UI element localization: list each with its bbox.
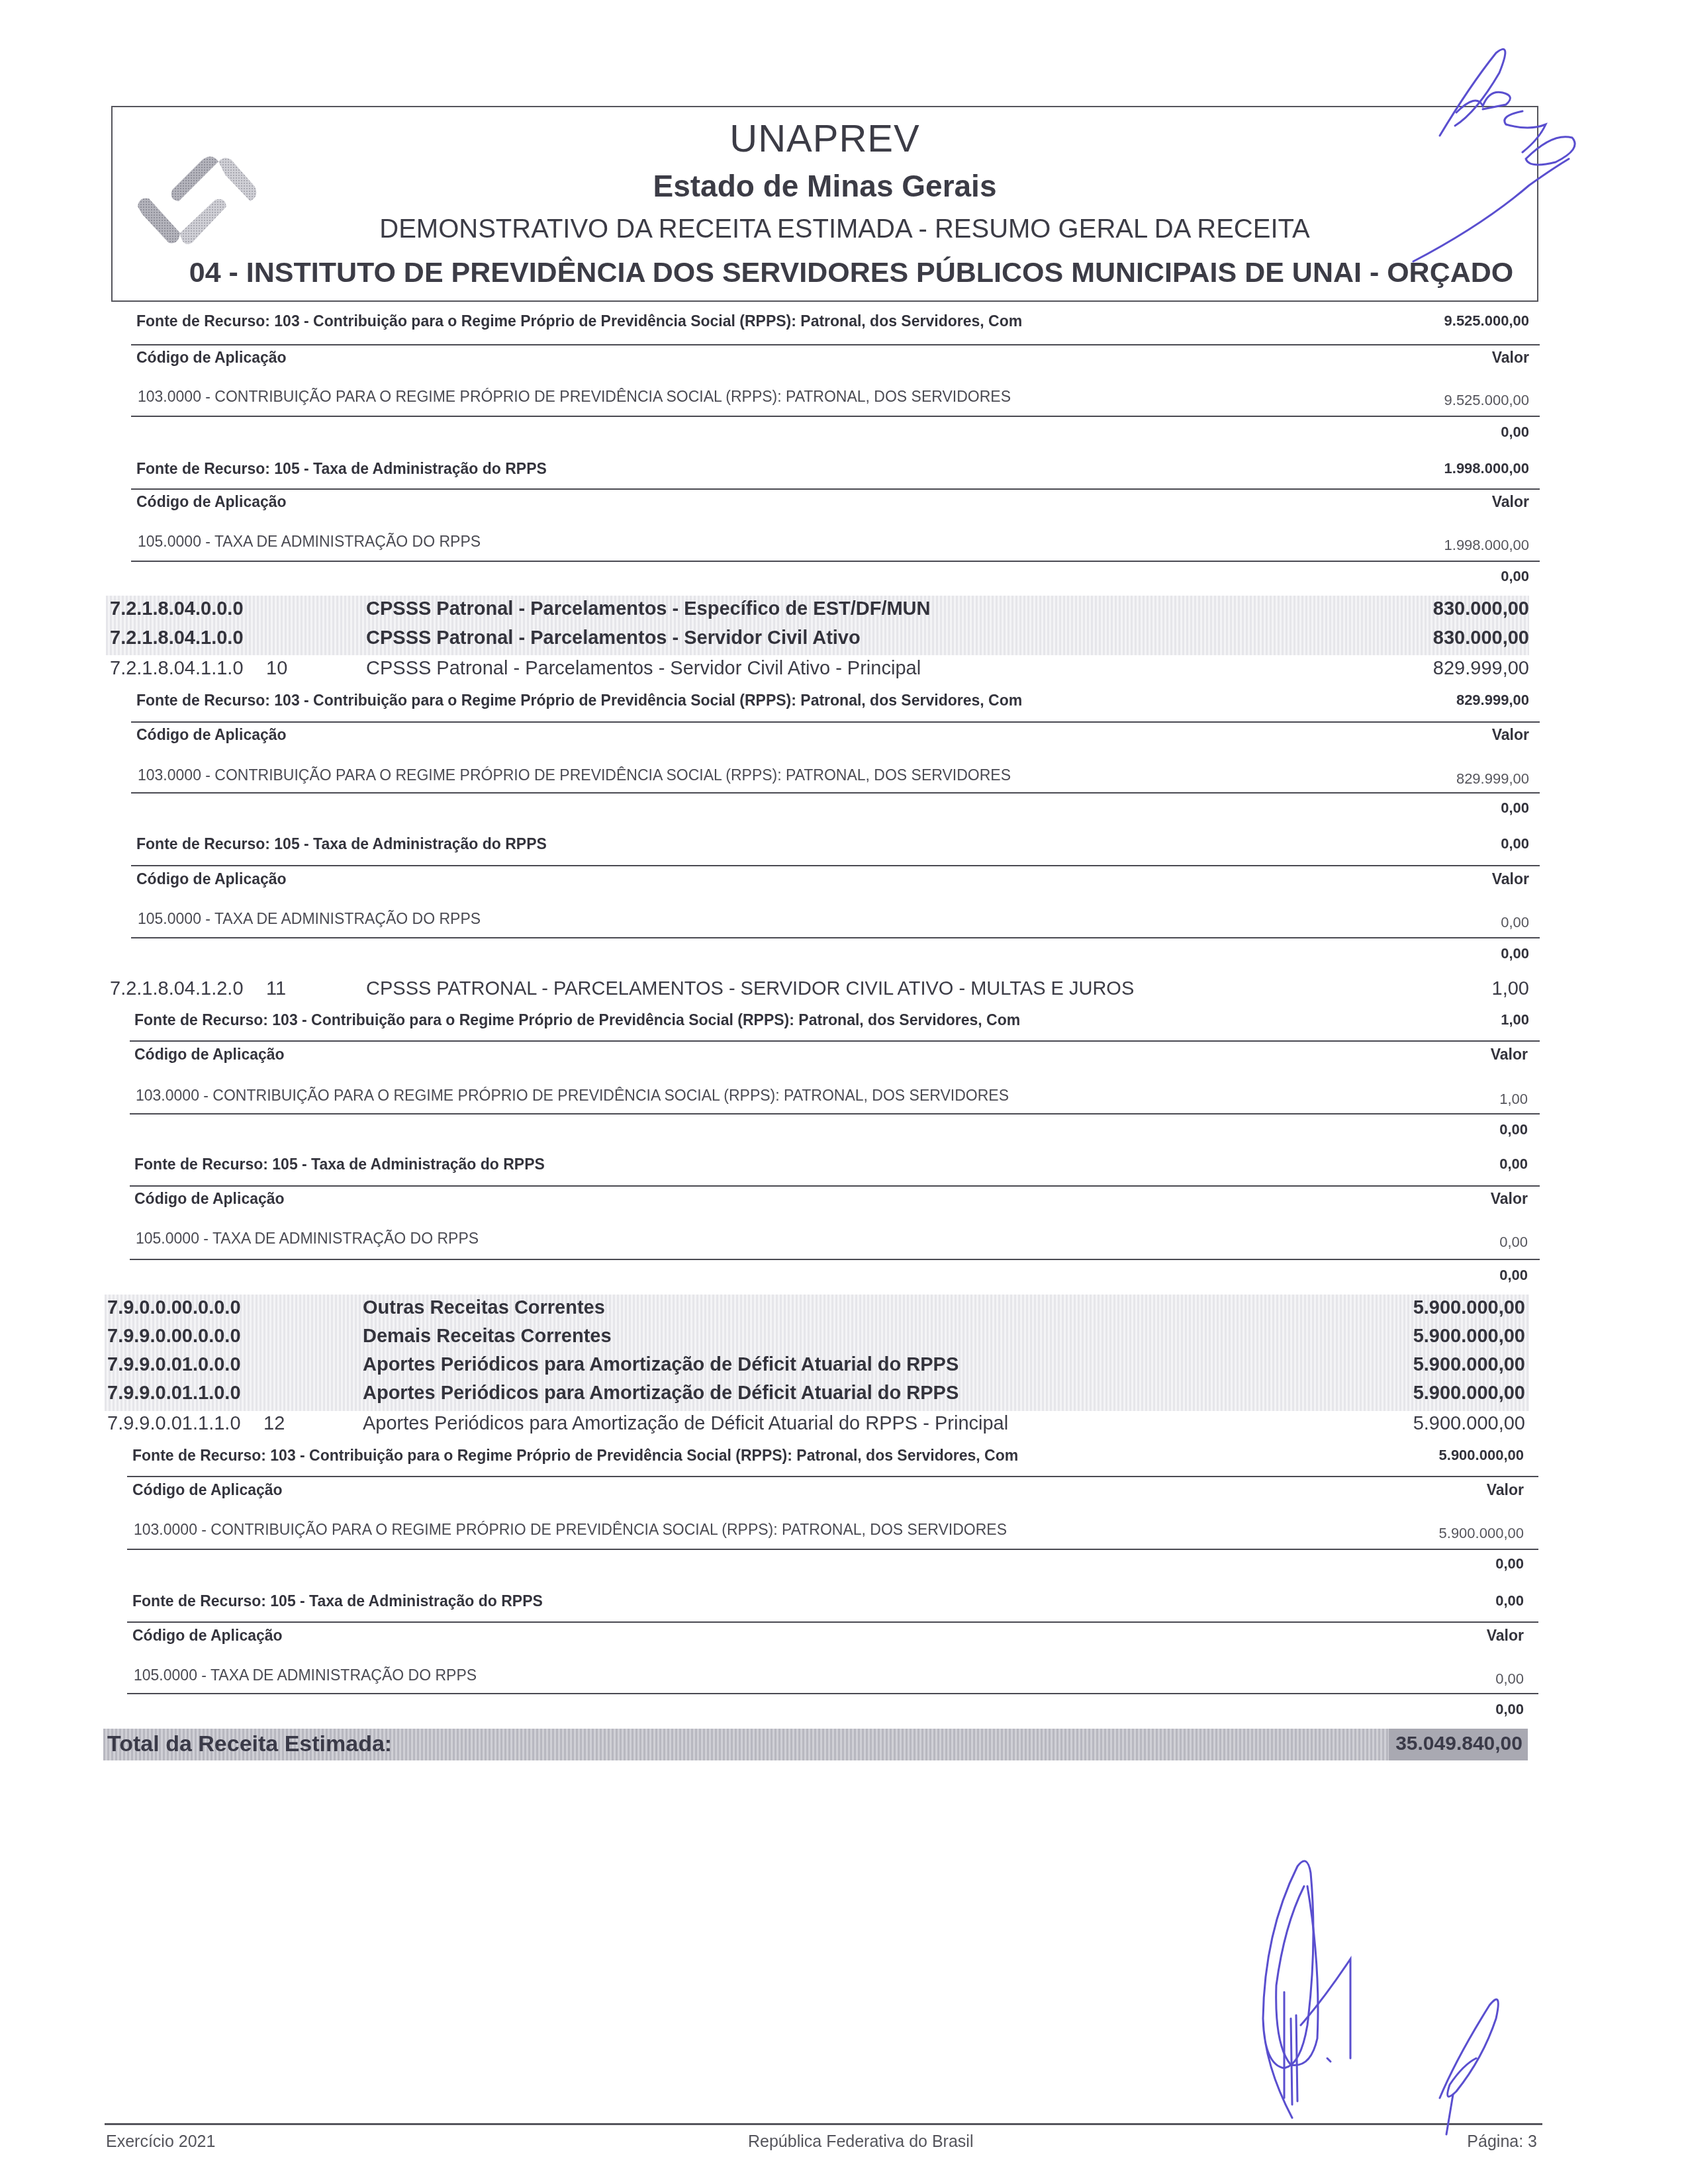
report-title: DEMONSTRATIVO DA RECEITA ESTIMADA - RESU… xyxy=(152,214,1537,244)
divider xyxy=(131,561,1540,562)
saldo-value: 0,00 xyxy=(1499,1121,1528,1138)
fonte-label: Fonte de Recurso: 103 - Contribuição par… xyxy=(134,1011,1020,1029)
divider xyxy=(127,1693,1538,1694)
valor-header-label: Valor xyxy=(1492,493,1529,511)
account-seq: 10 xyxy=(266,658,287,680)
account-description: CPSSS Patronal - Parcelamentos - Servido… xyxy=(366,658,921,680)
total-value-box: 35.049.840,00 xyxy=(1389,1729,1528,1760)
footer-center: República Federativa do Brasil xyxy=(748,2132,973,2152)
codigo-value: 9.525.000,00 xyxy=(1444,392,1529,409)
valor-header-label: Valor xyxy=(1487,1481,1524,1499)
fonte-label: Fonte de Recurso: 105 - Taxa de Administ… xyxy=(134,1156,545,1173)
codigo-value: 0,00 xyxy=(1499,1234,1528,1251)
codigo-label: 103.0000 - CONTRIBUIÇÃO PARA O REGIME PR… xyxy=(138,766,1011,784)
codigo-label: 103.0000 - CONTRIBUIÇÃO PARA O REGIME PR… xyxy=(136,1087,1009,1105)
divider xyxy=(131,344,1540,345)
saldo-value: 0,00 xyxy=(1495,1555,1524,1572)
codigo-label: 105.0000 - TAXA DE ADMINISTRAÇÃO DO RPPS xyxy=(134,1666,477,1684)
codigo-value: 0,00 xyxy=(1495,1670,1524,1688)
valor-header-label: Valor xyxy=(1487,1627,1524,1645)
account-description: Aportes Periódicos para Amortização de D… xyxy=(363,1354,959,1376)
saldo-value: 0,00 xyxy=(1501,945,1529,962)
account-description: Aportes Periódicos para Amortização de D… xyxy=(363,1383,959,1404)
account-code: 7.9.0.0.00.0.0.0 xyxy=(107,1297,241,1319)
divider xyxy=(131,937,1540,938)
divider xyxy=(127,1476,1538,1477)
codigo-value: 1,00 xyxy=(1499,1091,1528,1108)
saldo-value: 0,00 xyxy=(1501,424,1529,441)
fonte-value: 0,00 xyxy=(1499,1156,1528,1173)
account-code: 7.9.9.0.01.1.0.0 xyxy=(107,1383,241,1404)
state-title: Estado de Minas Gerais xyxy=(113,168,1537,204)
divider xyxy=(130,1259,1540,1260)
account-code: 7.2.1.8.04.1.1.0 xyxy=(110,658,244,680)
codigo-value: 0,00 xyxy=(1501,914,1529,931)
fonte-value: 1,00 xyxy=(1501,1011,1529,1028)
total-label: Total da Receita Estimada: xyxy=(107,1731,392,1757)
codigo-header-label: Código de Aplicação xyxy=(132,1481,283,1499)
fonte-value: 0,00 xyxy=(1495,1592,1524,1610)
footer-page-number: Página: 3 xyxy=(1467,2132,1537,2152)
fonte-label: Fonte de Recurso: 105 - Taxa de Administ… xyxy=(136,835,547,853)
codigo-header-label: Código de Aplicação xyxy=(134,1046,285,1064)
account-code: 7.2.1.8.04.1.2.0 xyxy=(110,978,244,1000)
fonte-value: 5.900.000,00 xyxy=(1439,1447,1524,1464)
codigo-label: 105.0000 - TAXA DE ADMINISTRAÇÃO DO RPPS xyxy=(138,533,481,551)
valor-header-label: Valor xyxy=(1492,870,1529,888)
codigo-header-label: Código de Aplicação xyxy=(132,1627,283,1645)
signature-bottom-icon xyxy=(1244,1846,1417,2131)
valor-header-label: Valor xyxy=(1491,1190,1528,1208)
account-value: 830.000,00 xyxy=(1433,627,1529,649)
account-code: 7.9.9.0.01.1.1.0 xyxy=(107,1413,241,1435)
report-page: UNAPREV Estado de Minas Gerais DEMONSTRA… xyxy=(0,0,1688,2184)
codigo-label: 105.0000 - TAXA DE ADMINISTRAÇÃO DO RPPS xyxy=(138,910,481,928)
divider xyxy=(130,1113,1540,1115)
divider xyxy=(131,416,1540,417)
saldo-value: 0,00 xyxy=(1501,568,1529,585)
divider xyxy=(131,865,1540,866)
divider xyxy=(127,1549,1538,1550)
divider xyxy=(131,488,1540,490)
codigo-value: 1.998.000,00 xyxy=(1444,537,1529,554)
account-description: CPSSS PATRONAL - PARCELAMENTOS - SERVIDO… xyxy=(366,978,1134,1000)
entity-title: 04 - INSTITUTO DE PREVIDÊNCIA DOS SERVID… xyxy=(165,257,1537,289)
account-description: CPSSS Patronal - Parcelamentos - Servido… xyxy=(366,627,861,649)
valor-header-label: Valor xyxy=(1491,1046,1528,1064)
account-value: 829.999,00 xyxy=(1433,658,1529,680)
footer-exercicio: Exercício 2021 xyxy=(106,2132,215,2152)
account-value: 5.900.000,00 xyxy=(1413,1297,1525,1319)
fonte-label: Fonte de Recurso: 105 - Taxa de Administ… xyxy=(136,460,547,478)
divider xyxy=(131,721,1540,723)
account-value: 830.000,00 xyxy=(1433,598,1529,620)
account-code: 7.9.9.0.00.0.0.0 xyxy=(107,1326,241,1347)
report-header: UNAPREV Estado de Minas Gerais DEMONSTRA… xyxy=(111,106,1538,302)
fonte-value: 0,00 xyxy=(1501,835,1529,852)
divider xyxy=(127,1621,1538,1623)
org-title: UNAPREV xyxy=(113,116,1537,161)
fonte-value: 1.998.000,00 xyxy=(1444,460,1529,477)
initials-bottom-right-icon xyxy=(1430,1979,1509,2138)
account-value: 5.900.000,00 xyxy=(1413,1383,1525,1404)
saldo-value: 0,00 xyxy=(1495,1701,1524,1718)
divider xyxy=(130,1040,1540,1042)
fonte-value: 9.525.000,00 xyxy=(1444,312,1529,330)
codigo-header-label: Código de Aplicação xyxy=(136,349,287,367)
saldo-value: 0,00 xyxy=(1499,1267,1528,1284)
fonte-label: Fonte de Recurso: 103 - Contribuição par… xyxy=(136,692,1022,709)
account-value: 5.900.000,00 xyxy=(1413,1413,1525,1435)
codigo-label: 103.0000 - CONTRIBUIÇÃO PARA O REGIME PR… xyxy=(138,388,1011,406)
codigo-label: 105.0000 - TAXA DE ADMINISTRAÇÃO DO RPPS xyxy=(136,1230,479,1248)
codigo-header-label: Código de Aplicação xyxy=(136,493,287,511)
codigo-label: 103.0000 - CONTRIBUIÇÃO PARA O REGIME PR… xyxy=(134,1521,1007,1539)
account-description: Outras Receitas Correntes xyxy=(363,1297,605,1319)
fonte-label: Fonte de Recurso: 103 - Contribuição par… xyxy=(136,312,1022,330)
account-value: 1,00 xyxy=(1492,978,1529,1000)
codigo-header-label: Código de Aplicação xyxy=(136,870,287,888)
account-description: CPSSS Patronal - Parcelamentos - Específ… xyxy=(366,598,931,620)
codigo-header-label: Código de Aplicação xyxy=(136,726,287,744)
codigo-header-label: Código de Aplicação xyxy=(134,1190,285,1208)
account-seq: 11 xyxy=(266,978,286,1000)
codigo-value: 5.900.000,00 xyxy=(1439,1525,1524,1542)
account-seq: 12 xyxy=(263,1413,285,1435)
account-description: Demais Receitas Correntes xyxy=(363,1326,612,1347)
account-code: 7.2.1.8.04.1.0.0 xyxy=(110,627,244,649)
footer-divider xyxy=(105,2123,1542,2125)
divider xyxy=(131,792,1540,794)
account-value: 5.900.000,00 xyxy=(1413,1354,1525,1376)
fonte-label: Fonte de Recurso: 103 - Contribuição par… xyxy=(132,1447,1018,1465)
divider xyxy=(130,1185,1540,1187)
account-code: 7.2.1.8.04.0.0.0 xyxy=(110,598,244,620)
valor-header-label: Valor xyxy=(1492,349,1529,367)
fonte-label: Fonte de Recurso: 105 - Taxa de Administ… xyxy=(132,1592,543,1610)
codigo-value: 829.999,00 xyxy=(1456,770,1529,788)
valor-header-label: Valor xyxy=(1492,726,1529,744)
account-description: Aportes Periódicos para Amortização de D… xyxy=(363,1413,1008,1435)
account-value: 5.900.000,00 xyxy=(1413,1326,1525,1347)
saldo-value: 0,00 xyxy=(1501,799,1529,817)
total-value: 35.049.840,00 xyxy=(1395,1733,1523,1755)
fonte-value: 829.999,00 xyxy=(1456,692,1529,709)
account-code: 7.9.9.0.01.0.0.0 xyxy=(107,1354,241,1376)
total-bar: Total da Receita Estimada: 35.049.840,00 xyxy=(103,1729,1528,1760)
